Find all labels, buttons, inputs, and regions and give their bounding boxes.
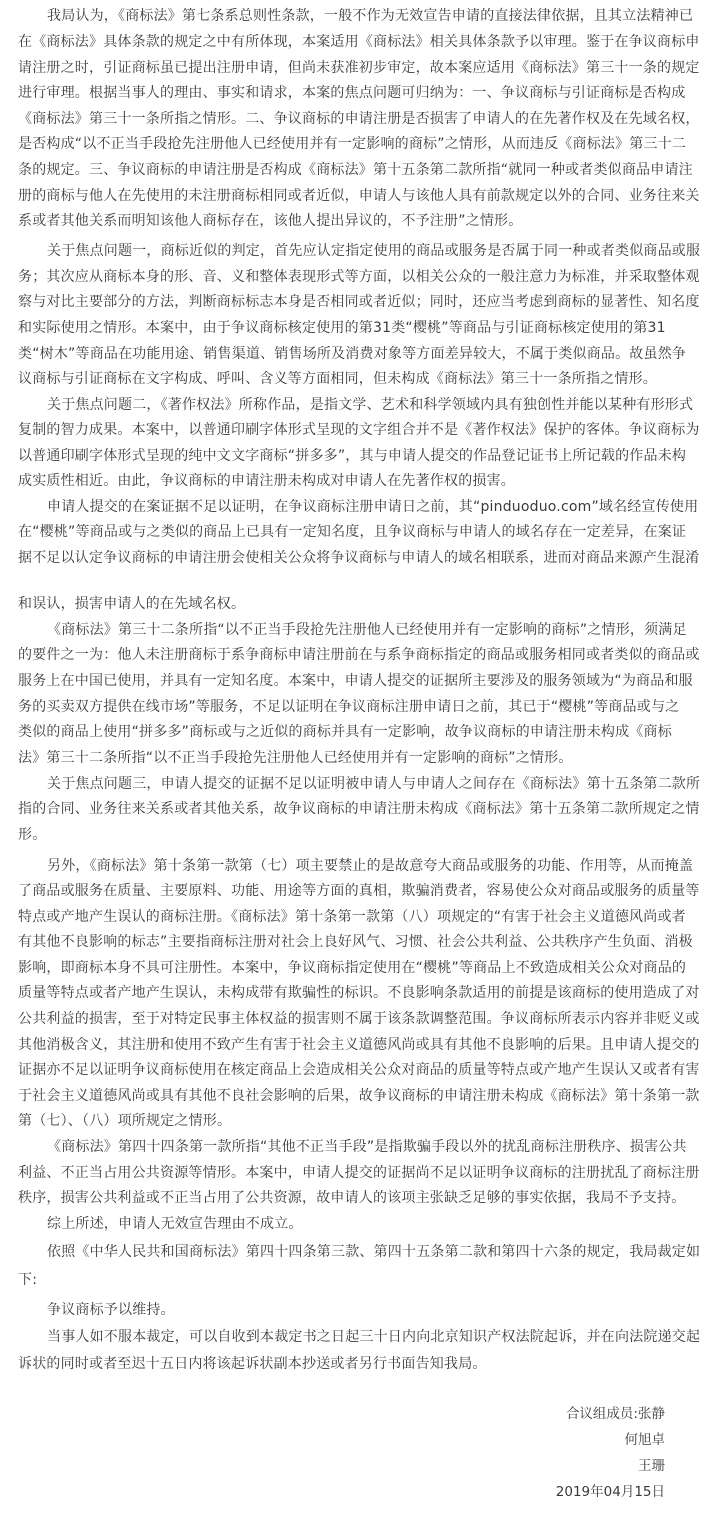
text-line: 第（七）、（八）项所规定之情形。 bbox=[18, 1111, 678, 1131]
document-body: 我局认为，《商标法》第七条系总则性条款，一般不作为无效宣告申请的直接法律依据，且… bbox=[0, 0, 727, 1532]
text-line: 质量等特点或者产地产生误认，未构成带有欺骗性的标识。不良影响条款适用的前提是该商… bbox=[18, 983, 678, 1003]
panel-member-name: 王珊 bbox=[638, 1456, 665, 1476]
text-line: 的要件之一为：他人未注册商标于系争商标申请注册前在与系争商标指定的商品或服务相同… bbox=[18, 645, 678, 665]
text-line: 系或者其他关系而明知该他人商标存在，该他人提出异议的，不予注册”之情形。 bbox=[18, 211, 678, 231]
text-line: 当事人如不服本裁定，可以自收到本裁定书之日起三十日内向北京知识产权法院起诉，并在… bbox=[47, 1327, 707, 1347]
text-line: 综上所述，申请人无效宣告理由不成立。 bbox=[47, 1214, 707, 1234]
text-line: 指的合同、业务往来关系或者其他关系，故争议商标的申请注册未构成《商标法》第十五条… bbox=[18, 799, 678, 819]
text-line: 利益、不正当占用公共资源等情形。本案中，申请人提交的证据尚不足以证明争议商标的注… bbox=[18, 1163, 678, 1183]
text-line: 请注册之时，引证商标虽已提出注册申请，但尚未获准初步审定，故本案应适用《商标法》… bbox=[18, 58, 678, 78]
text-line: 据不足以认定争议商标的申请注册会使相关公众将争议商标与申请人的域名相联系，进而对… bbox=[18, 548, 678, 568]
text-line: 在《商标法》具体条款的规定之中有所体现，本案适用《商标法》相关具体条款予以审理。… bbox=[18, 32, 678, 52]
text-line: 和实际使用之情形。本案中，由于争议商标核定使用的第31类“樱桃”等商品与引证商标… bbox=[18, 318, 678, 338]
text-line: 影响，即商标本身不具可注册性。本案中，争议商标指定使用在“樱桃”等商品上不致造成… bbox=[18, 958, 678, 978]
text-line: 册的商标与他人在先使用的未注册商标相同或者近似，申请人与该他人具有前款规定以外的… bbox=[18, 186, 678, 206]
panel-member-name: 何旭卓 bbox=[625, 1430, 666, 1450]
text-line: 《商标法》第三十一条所指之情形。二、争议商标的申请注册是否损害了申请人的在先著作… bbox=[18, 109, 678, 129]
text-line: 在“樱桃”等商品或与之类似的商品上已具有一定知名度，且争议商标与申请人的域名存在… bbox=[18, 522, 678, 542]
panel-members-label: 合议组成员:张静 bbox=[566, 1404, 665, 1424]
text-line: 是否构成“以不正当手段抢先注册他人已经使用并有一定影响的商标”之情形，从而违反《… bbox=[18, 134, 678, 154]
text-line: 察与对比主要部分的方法，判断商标标志本身是否相同或者近似；同时，还应当考虑到商标… bbox=[18, 292, 678, 312]
text-line: 下: bbox=[18, 1270, 678, 1290]
text-line: 了商品或服务在质量、主要原料、功能、用途等方面的真相，欺骗消费者，容易使公众对商… bbox=[18, 881, 678, 901]
text-line: 和误认，损害申请人的在先域名权。 bbox=[18, 594, 678, 614]
text-line: 形。 bbox=[18, 825, 678, 845]
text-line: 服务上在中国已使用，并具有一定知名度。本案中，申请人提交的证据所主要涉及的服务领… bbox=[18, 671, 678, 691]
text-line: 成实质性相近。由此，争议商标的申请注册未构成对申请人在先著作权的损害。 bbox=[18, 471, 678, 491]
text-line: 秩序，损害公共利益或不正当占用了公共资源，故申请人的该项主张缺乏足够的事实依据，… bbox=[18, 1188, 678, 1208]
text-line: 务；其次应从商标本身的形、音、义和整体表现形式等方面，以相关公众的一般注意力为标… bbox=[18, 267, 678, 287]
text-line: 其他消极含义，其注册和使用不致产生有害于社会主义道德风尚或具有其他不良影响的后果… bbox=[18, 1035, 678, 1055]
text-line: 《商标法》第三十二条所指“以不正当手段抢先注册他人已经使用并有一定影响的商标”之… bbox=[47, 620, 707, 640]
text-line: 议商标与引证商标在文字构成、呼叫、含义等方面相同，但未构成《商标法》第三十一条所… bbox=[18, 369, 678, 389]
text-line: 进行审理。根据当事人的理由、事实和请求，本案的焦点问题可归纳为：一、争议商标与引… bbox=[18, 83, 678, 103]
text-line: 有其他不良影响的标志”主要指商标注册对社会上良好风气、习惯、社会公共利益、公共秩… bbox=[18, 932, 678, 952]
text-line: 证据亦不足以证明争议商标使用在核定商品上会造成相关公众对商品的质量等特点或产地产… bbox=[18, 1060, 678, 1080]
text-line: 我局认为，《商标法》第七条系总则性条款，一般不作为无效宣告申请的直接法律依据，且… bbox=[47, 6, 707, 26]
text-line: 公共利益的损害，至于对特定民事主体权益的损害则不属于该条款调整范围。争议商标所表… bbox=[18, 1009, 678, 1029]
text-line: 另外，《商标法》第十条第一款第（七）项主要禁止的是故意夸大商品或服务的功能、作用… bbox=[47, 856, 707, 876]
text-line: 关于焦点问题一，商标近似的判定，首先应认定指定使用的商品或服务是否属于同一种或者… bbox=[47, 241, 707, 261]
text-line: 《商标法》第四十四条第一款所指“其他不正当手段”是指欺骗手段以外的扰乱商标注册秩… bbox=[47, 1137, 707, 1157]
text-line: 务的买卖双方提供在线市场”等服务，不足以证明在争议商标注册申请日之前，其已于“樱… bbox=[18, 697, 678, 717]
text-line: 于社会主义道德风尚或具有其他不良社会影响的后果，故争议商标的申请注册未构成《商标… bbox=[18, 1086, 678, 1106]
text-line: 关于焦点问题三，申请人提交的证据不足以证明被申请人与申请人之间存在《商标法》第十… bbox=[47, 774, 707, 794]
text-line: 类“树木”等商品在功能用途、销售渠道、销售场所及消费对象等方面差异较大，不属于类… bbox=[18, 344, 678, 364]
text-line: 法》第三十二条所指“以不正当手段抢先注册他人已经使用并有一定影响的商标”之情形。 bbox=[18, 748, 678, 768]
text-line: 特点或产地产生误认的商标注册。《商标法》第十条第一款第（八）项规定的“有害于社会… bbox=[18, 907, 678, 927]
decision-date: 2019年04月15日 bbox=[556, 1482, 665, 1502]
text-line: 以普通印刷字体形式呈现的纯中文文字商标“拼多多”，其与申请人提交的作品登记证书上… bbox=[18, 446, 678, 466]
text-line: 类似的商品上使用“拼多多”商标或与之近似的商标并具有一定影响，故争议商标的申请注… bbox=[18, 722, 678, 742]
text-line: 争议商标予以维持。 bbox=[47, 1300, 707, 1320]
text-line: 诉状的同时或者至迟十五日内将该起诉状副本抄送或者另行书面告知我局。 bbox=[18, 1354, 678, 1374]
text-line: 复制的智力成果。本案中，以普通印刷字体形式呈现的文字组合并不是《著作权法》保护的… bbox=[18, 420, 678, 440]
text-line: 关于焦点问题二，《著作权法》所称作品，是指文学、艺术和科学领域内具有独创性并能以… bbox=[47, 395, 707, 415]
text-line: 申请人提交的在案证据不足以证明，在争议商标注册申请日之前，其“pinduoduo… bbox=[47, 497, 707, 517]
text-line: 条的规定。三、争议商标的申请注册是否构成《商标法》第十五条第二款所指“就同一种或… bbox=[18, 160, 678, 180]
text-line: 依照《中华人民共和国商标法》第四十四条第三款、第四十五条第二款和第四十六条的规定… bbox=[47, 1242, 707, 1262]
